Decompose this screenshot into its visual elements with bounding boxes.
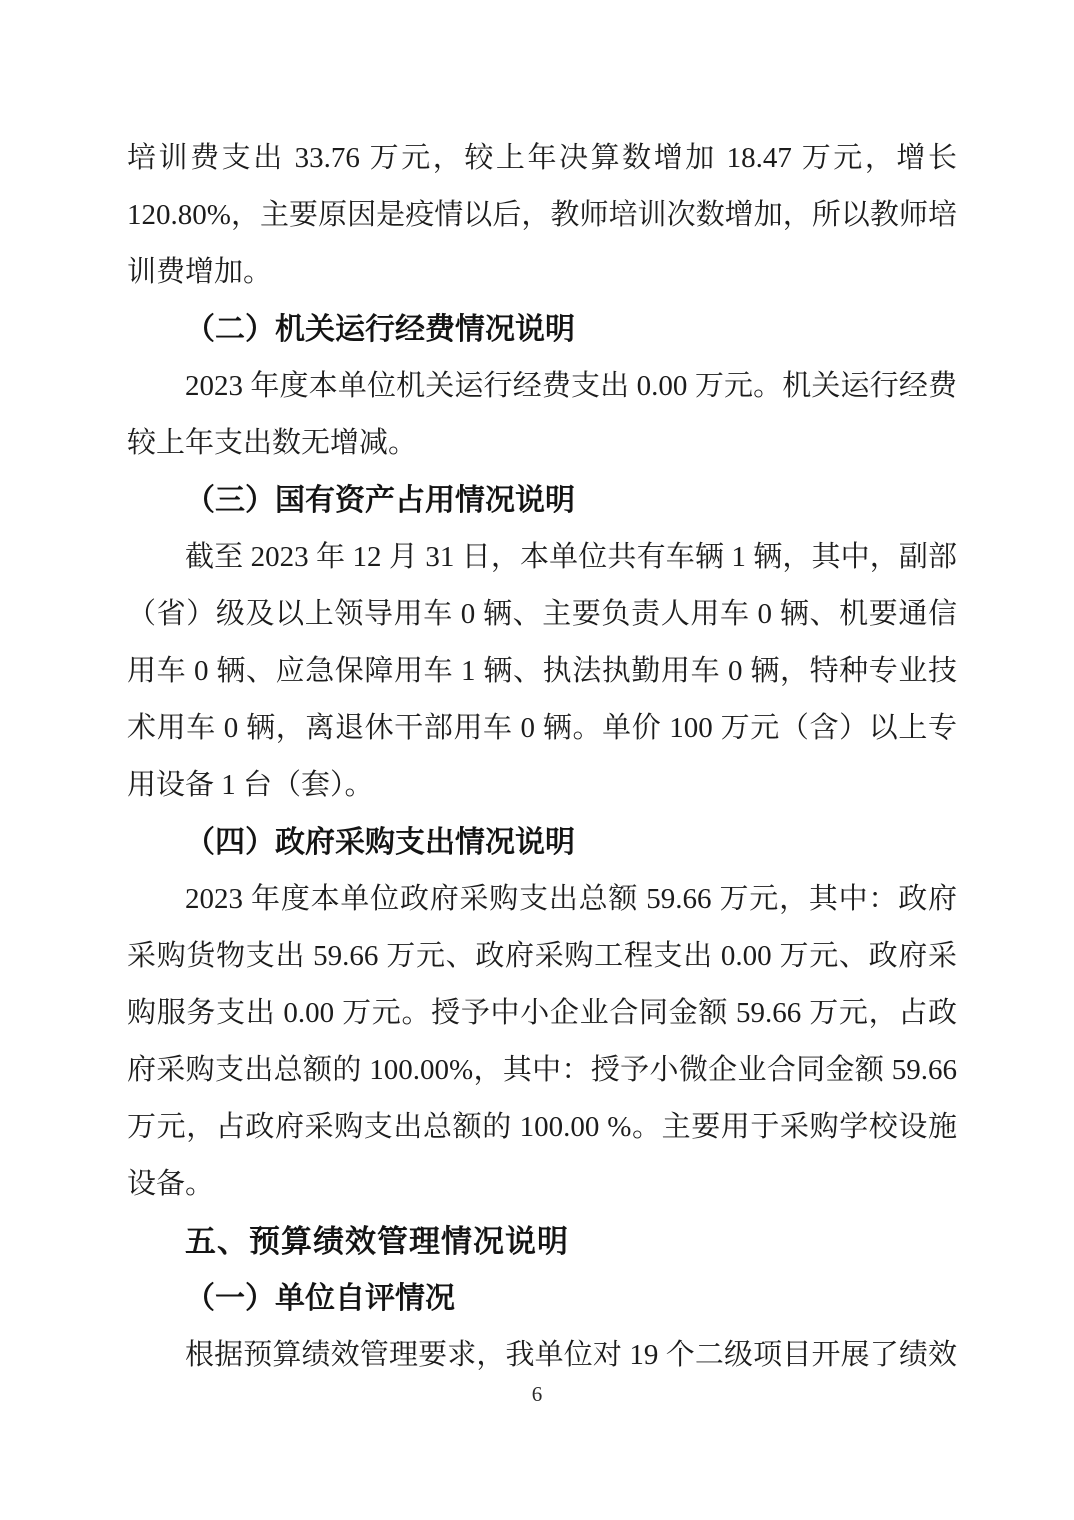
heading-organ-operating-costs: （二）机关运行经费情况说明 xyxy=(127,301,957,358)
paragraph-line: 采购货物支出 59.66 万元、政府采购工程支出 0.00 万元、政府采 xyxy=(127,928,957,985)
paragraph-line: 120.80%，主要原因是疫情以后，教师培训次数增加，所以教师培 xyxy=(127,187,957,244)
paragraph-line: 购服务支出 0.00 万元。授予中小企业合同金额 59.66 万元，占政 xyxy=(127,985,957,1042)
paragraph-line: 府采购支出总额的 100.00%，其中：授予小微企业合同金额 59.66 xyxy=(127,1042,957,1099)
heading-gov-procurement: （四）政府采购支出情况说明 xyxy=(127,814,957,871)
paragraph-line: 训费增加。 xyxy=(127,244,957,301)
paragraph-line: 2023 年度本单位机关运行经费支出 0.00 万元。机关运行经费 xyxy=(127,358,957,415)
heading-state-assets: （三）国有资产占用情况说明 xyxy=(127,472,957,529)
page-footer: 6 xyxy=(0,1380,1074,1408)
paragraph-line: 用设备 1 台（套）。 xyxy=(127,757,957,814)
paragraph-line: 较上年支出数无增减。 xyxy=(127,415,957,472)
paragraph-line: 培训费支出 33.76 万元，较上年决算数增加 18.47 万元，增长 xyxy=(127,130,957,187)
heading-self-evaluation: （一）单位自评情况 xyxy=(127,1270,957,1327)
heading-budget-performance: 五、预算绩效管理情况说明 xyxy=(127,1213,957,1270)
paragraph-line: 截至 2023 年 12 月 31 日，本单位共有车辆 1 辆，其中，副部 xyxy=(127,529,957,586)
page-number: 6 xyxy=(532,1382,543,1406)
paragraph-line: 根据预算绩效管理要求，我单位对 19 个二级项目开展了绩效 xyxy=(127,1327,957,1384)
paragraph-line: 设备。 xyxy=(127,1156,957,1213)
paragraph-line: 术用车 0 辆，离退休干部用车 0 辆。单价 100 万元（含）以上专 xyxy=(127,700,957,757)
paragraph-line: 用车 0 辆、应急保障用车 1 辆、执法执勤用车 0 辆，特种专业技 xyxy=(127,643,957,700)
document-body: 培训费支出 33.76 万元，较上年决算数增加 18.47 万元，增长 120.… xyxy=(127,130,957,1384)
paragraph-line: 万元，占政府采购支出总额的 100.00 %。主要用于采购学校设施 xyxy=(127,1099,957,1156)
paragraph-line: （省）级及以上领导用车 0 辆、主要负责人用车 0 辆、机要通信 xyxy=(127,586,957,643)
document-page: 培训费支出 33.76 万元，较上年决算数增加 18.47 万元，增长 120.… xyxy=(0,0,1074,1520)
paragraph-line: 2023 年度本单位政府采购支出总额 59.66 万元，其中：政府 xyxy=(127,871,957,928)
